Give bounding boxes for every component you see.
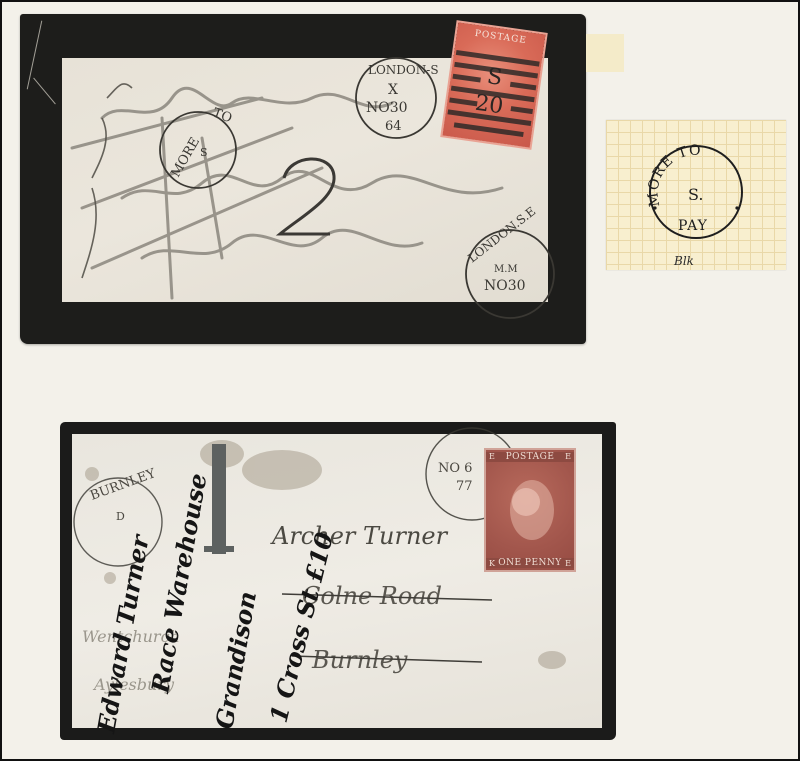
svg-text:S: S — [485, 64, 503, 91]
svg-text:64: 64 — [385, 119, 402, 134]
london-se-postmark: LONDON.S.E M.M NO30 — [465, 204, 554, 318]
mourning-cover-1864: MORE TO S LONDON-S X NO30 64 LONDON. — [20, 14, 586, 344]
card-note: Blk — [674, 254, 694, 268]
svg-text:20: 20 — [474, 91, 505, 120]
redirect-line-2: Race Warehouse — [145, 471, 212, 696]
redirect-line-4: 1 Cross St £10 — [264, 529, 339, 726]
penny-red-stamp-2: POSTAGE ONE PENNY E E K E — [486, 450, 574, 570]
redirect-line-3: Grandison — [209, 589, 262, 731]
address-line-3: Burnley — [311, 646, 408, 674]
svg-text:MORE: MORE — [168, 135, 203, 180]
charge-mark-1 — [212, 444, 226, 554]
svg-text:D: D — [116, 510, 125, 523]
hinge-tab — [586, 34, 624, 72]
svg-text:TO: TO — [211, 106, 234, 127]
cover-face-2: BURNLEY D NO 6 77 Archer Turner Colne Ro… — [72, 434, 602, 728]
svg-text:77: 77 — [456, 479, 473, 494]
mourning-cover-1877: BURNLEY D NO 6 77 Archer Turner Colne Ro… — [60, 422, 616, 740]
svg-text:LONDON-S: LONDON-S — [368, 63, 439, 77]
svg-text:M.M: M.M — [494, 264, 518, 275]
svg-text:S: S — [200, 146, 208, 159]
svg-text:NO30: NO30 — [366, 100, 408, 116]
svg-text:NO30: NO30 — [484, 278, 526, 294]
address-line-1: Archer Turner — [270, 522, 449, 550]
svg-text:BURNLEY: BURNLEY — [88, 466, 158, 504]
charge-mark-2 — [280, 159, 334, 234]
cover-face: MORE TO S LONDON-S X NO30 64 LONDON. — [62, 58, 548, 302]
svg-text:LONDON.S.E: LONDON.S.E — [465, 204, 538, 265]
album-page: MORE TO S LONDON-S X NO30 64 LONDON. — [2, 2, 798, 759]
svg-text:PAY: PAY — [678, 218, 708, 234]
more-to-pay-reference-card: MORE TO S. PAY Blk — [606, 120, 786, 270]
penny-red-stamp: POSTAGE S 20 — [442, 22, 545, 147]
svg-text:NO 6: NO 6 — [438, 461, 472, 476]
svg-text:S.: S. — [688, 185, 703, 204]
svg-text:X: X — [388, 82, 398, 98]
london-cds-postmark: LONDON-S X NO30 64 — [356, 58, 439, 138]
